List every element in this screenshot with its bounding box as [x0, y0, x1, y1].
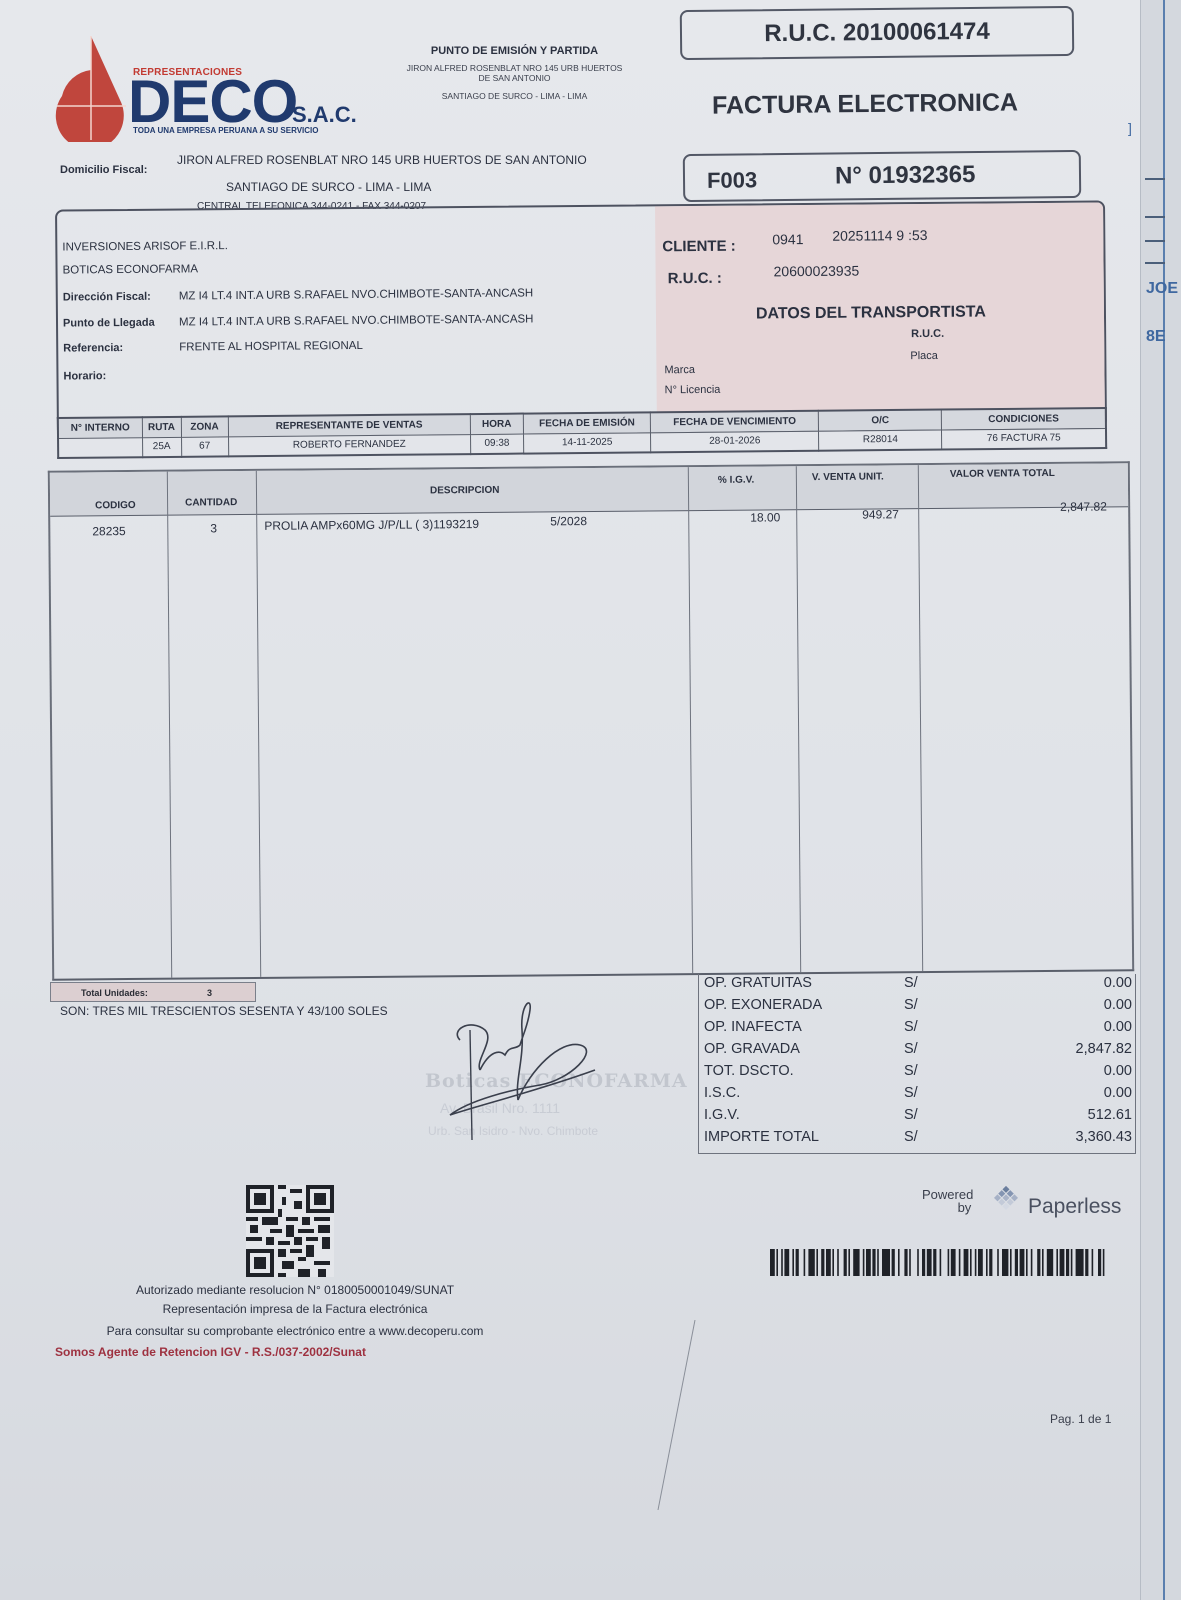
edge-text: JOE — [1146, 280, 1178, 298]
domicilio-fiscal-line2: SANTIAGO DE SURCO - LIMA - LIMA — [226, 180, 431, 194]
total-label: OP. EXONERADA — [704, 997, 822, 1013]
client-referencia: Referencia:FRENTE AL HOSPITAL REGIONAL — [63, 340, 363, 355]
edge-tab — [1145, 216, 1165, 218]
header-igv: % I.G.V. — [718, 475, 754, 486]
header-fecha-vencimiento: FECHA DE VENCIMIENTO — [650, 411, 818, 433]
column-divider — [688, 467, 693, 973]
llegada-value: MZ I4 LT.4 INT.A URB S.RAFAEL NVO.CHIMBO… — [179, 313, 534, 328]
invoice-serie: F003 — [707, 167, 757, 194]
cliente-timestamp: 20251114 9 :53 — [832, 227, 927, 244]
item-vencimiento: 5/2028 — [550, 514, 587, 528]
edge-tab — [1145, 240, 1165, 242]
qr-code-icon — [246, 1185, 334, 1277]
pen-mark — [640, 1320, 700, 1510]
client-ruc-label: R.U.C. : — [668, 270, 722, 287]
fecha-vencimiento-value: 28-01-2026 — [651, 431, 819, 453]
punto-emision-line: SANTIAGO DE SURCO - LIMA - LIMA — [372, 91, 657, 101]
total-row-importe-total: IMPORTE TOTALS/3,360.43 — [704, 1129, 1132, 1151]
totals-box: OP. GRATUITASS/0.00 OP. EXONERADAS/0.00 … — [698, 974, 1136, 1154]
invoice-number-box: F003 N° 01932365 — [683, 150, 1081, 202]
hora-value: 09:38 — [470, 434, 524, 455]
representacion-text: Representación impresa de la Factura ele… — [40, 1302, 550, 1316]
client-direccion: Dirección Fiscal:MZ I4 LT.4 INT.A URB S.… — [63, 287, 534, 303]
item-descripcion: PROLIA AMPx60MG J/P/LL ( 3)1193219 — [264, 517, 479, 533]
transportista-licencia-label: N° Licencia — [665, 384, 721, 396]
invoice-number: N° 01932365 — [835, 161, 976, 190]
cliente-code: 0941 — [772, 231, 803, 247]
retencion-text: Somos Agente de Retencion IGV - R.S./037… — [55, 1345, 366, 1359]
direccion-value: MZ I4 LT.4 INT.A URB S.RAFAEL NVO.CHIMBO… — [179, 287, 534, 302]
header-condiciones: CONDICIONES — [942, 408, 1106, 430]
header-zona: ZONA — [181, 416, 228, 436]
total-row-inafecta: OP. INAFECTAS/0.00 — [704, 1019, 1132, 1041]
header-representante: REPRESENTANTE DE VENTAS — [228, 414, 470, 436]
total-value: 2,847.82 — [1076, 1041, 1132, 1057]
barcode-icon — [770, 1249, 1108, 1276]
total-currency: S/ — [904, 1063, 918, 1079]
client-name: INVERSIONES ARISOF E.I.R.L. — [62, 240, 228, 253]
logo-sac: S.A.C. — [292, 102, 357, 128]
autorizado-text: Autorizado mediante resolucion N° 018005… — [40, 1283, 550, 1297]
cliente-label: CLIENTE : — [662, 238, 735, 256]
representante-value: ROBERTO FERNANDEZ — [228, 434, 470, 456]
transportista-title: DATOS DEL TRANSPORTISTA — [756, 303, 986, 323]
total-currency: S/ — [904, 1085, 918, 1101]
powered-line2: by — [922, 1201, 973, 1214]
total-label: OP. INAFECTA — [704, 1019, 802, 1035]
total-value: 0.00 — [1104, 975, 1132, 991]
llegada-label: Punto de Llegada — [63, 317, 179, 330]
punto-emision-line: DE SAN ANTONIO — [372, 73, 657, 83]
total-row-exonerada: OP. EXONERADAS/0.00 — [704, 997, 1132, 1019]
client-ruc: 20600023935 — [774, 263, 860, 280]
edge-text: 8E — [1146, 328, 1166, 346]
document-type-title: FACTURA ELECTRONICA — [712, 88, 1018, 120]
total-label: TOT. DSCTO. — [704, 1063, 794, 1079]
domicilio-fiscal-label: Domicilio Fiscal: — [60, 164, 147, 176]
referencia-label: Referencia: — [63, 342, 179, 355]
n-interno-value — [58, 437, 142, 458]
item-cantidad: 3 — [210, 521, 217, 535]
total-label: I.G.V. — [704, 1107, 740, 1123]
logo-deco: DECO — [128, 72, 297, 132]
edge-tab — [1145, 262, 1165, 264]
domicilio-fiscal-line1: JIRON ALFRED ROSENBLAT NRO 145 URB HUERT… — [177, 153, 587, 167]
item-valor-total: 2,847.82 — [1060, 499, 1107, 513]
edge-tab — [1145, 178, 1165, 180]
items-table: CODIGO CANTIDAD DESCRIPCION % I.G.V. V. … — [48, 461, 1134, 980]
direccion-label: Dirección Fiscal: — [63, 291, 179, 304]
condiciones-value: 76 FACTURA 75 — [942, 428, 1106, 450]
total-currency: S/ — [904, 997, 918, 1013]
transportista-placa-label: Placa — [910, 350, 938, 362]
column-divider — [167, 472, 172, 978]
powered-by-text: Powered by — [922, 1188, 973, 1214]
punto-emision-line: JIRON ALFRED ROSENBLAT NRO 145 URB HUERT… — [372, 63, 657, 73]
edge-text: ] — [1128, 120, 1132, 136]
red-drop-cross-icon — [54, 34, 128, 142]
transportista-marca-label: Marca — [664, 364, 695, 376]
total-value: 0.00 — [1104, 1063, 1132, 1079]
zona-value: 67 — [181, 436, 228, 456]
client-horario: Horario: — [63, 370, 179, 383]
total-row-dscto: TOT. DSCTO.S/0.00 — [704, 1063, 1132, 1085]
total-value: 512.61 — [1088, 1107, 1132, 1123]
item-igv: 18.00 — [750, 510, 780, 524]
header-ruta: RUTA — [142, 417, 181, 437]
column-divider — [796, 466, 801, 972]
logo-tagline: TODA UNA EMPRESA PERUANA A SU SERVICIO — [133, 126, 319, 135]
fecha-emision-value: 14-11-2025 — [524, 432, 651, 453]
total-unidades-label: Total Unidades: — [81, 988, 148, 998]
total-currency: S/ — [904, 975, 918, 991]
signature-icon — [420, 990, 660, 1150]
header-fecha-emision: FECHA DE EMISIÓN — [523, 412, 650, 433]
horario-label: Horario: — [63, 370, 179, 383]
page-number: Pag. 1 de 1 — [1050, 1412, 1111, 1426]
punto-emision-title: PUNTO DE EMISIÓN Y PARTIDA — [372, 45, 657, 57]
referencia-value: FRENTE AL HOSPITAL REGIONAL — [179, 340, 363, 354]
item-codigo: 28235 — [92, 524, 125, 538]
header-descripcion: DESCRIPCION — [430, 485, 500, 497]
total-unidades: Total Unidades: 3 — [50, 982, 256, 1002]
total-value: 3,360.43 — [1076, 1129, 1132, 1145]
client-info-box: INVERSIONES ARISOF E.I.R.L. BOTICAS ECON… — [55, 200, 1107, 437]
total-currency: S/ — [904, 1041, 918, 1057]
total-row-isc: I.S.C.S/0.00 — [704, 1085, 1132, 1107]
column-divider — [256, 471, 261, 977]
header-valor-total: VALOR VENTA TOTAL — [950, 468, 1055, 480]
client-trade-name: BOTICAS ECONOFARMA — [63, 263, 199, 276]
total-value: 0.00 — [1104, 1085, 1132, 1101]
total-row-gratuitas: OP. GRATUITASS/0.00 — [704, 975, 1132, 997]
header-oc: O/C — [819, 410, 942, 431]
total-value: 0.00 — [1104, 1019, 1132, 1035]
header-venta-unit: V. VENTA UNIT. — [812, 471, 884, 483]
total-label: OP. GRAVADA — [704, 1041, 800, 1057]
transportista-ruc-label: R.U.C. — [911, 328, 944, 340]
total-row-gravada: OP. GRAVADAS/2,847.82 — [704, 1041, 1132, 1063]
total-value: 0.00 — [1104, 997, 1132, 1013]
column-divider — [918, 465, 923, 971]
header-codigo: CODIGO — [95, 500, 136, 511]
header-cantidad: CANTIDAD — [185, 497, 237, 508]
paperless-logo-icon — [988, 1185, 1024, 1215]
header-hora: HORA — [470, 414, 524, 435]
total-label: OP. GRATUITAS — [704, 975, 812, 991]
header-n-interno: N° INTERNO — [58, 417, 142, 438]
issuer-ruc-box: R.U.C. 20100061474 — [680, 6, 1075, 60]
total-currency: S/ — [904, 1107, 918, 1123]
ruta-value: 25A — [142, 437, 181, 457]
total-unidades-value: 3 — [207, 988, 212, 998]
total-currency: S/ — [904, 1129, 918, 1145]
total-row-igv: I.G.V.S/512.61 — [704, 1107, 1132, 1129]
item-venta-unit: 949.27 — [862, 507, 899, 521]
amount-in-words: SON: TRES MIL TRESCIENTOS SESENTA Y 43/1… — [60, 1004, 388, 1018]
total-label: I.S.C. — [704, 1085, 740, 1101]
client-llegada: Punto de LlegadaMZ I4 LT.4 INT.A URB S.R… — [63, 313, 534, 329]
oc-value: R28014 — [819, 430, 942, 451]
consultar-text: Para consultar su comprobante electrónic… — [40, 1324, 550, 1338]
paperless-logo-text: Paperless — [1028, 1195, 1121, 1219]
total-label: IMPORTE TOTAL — [704, 1129, 819, 1145]
total-currency: S/ — [904, 1019, 918, 1035]
